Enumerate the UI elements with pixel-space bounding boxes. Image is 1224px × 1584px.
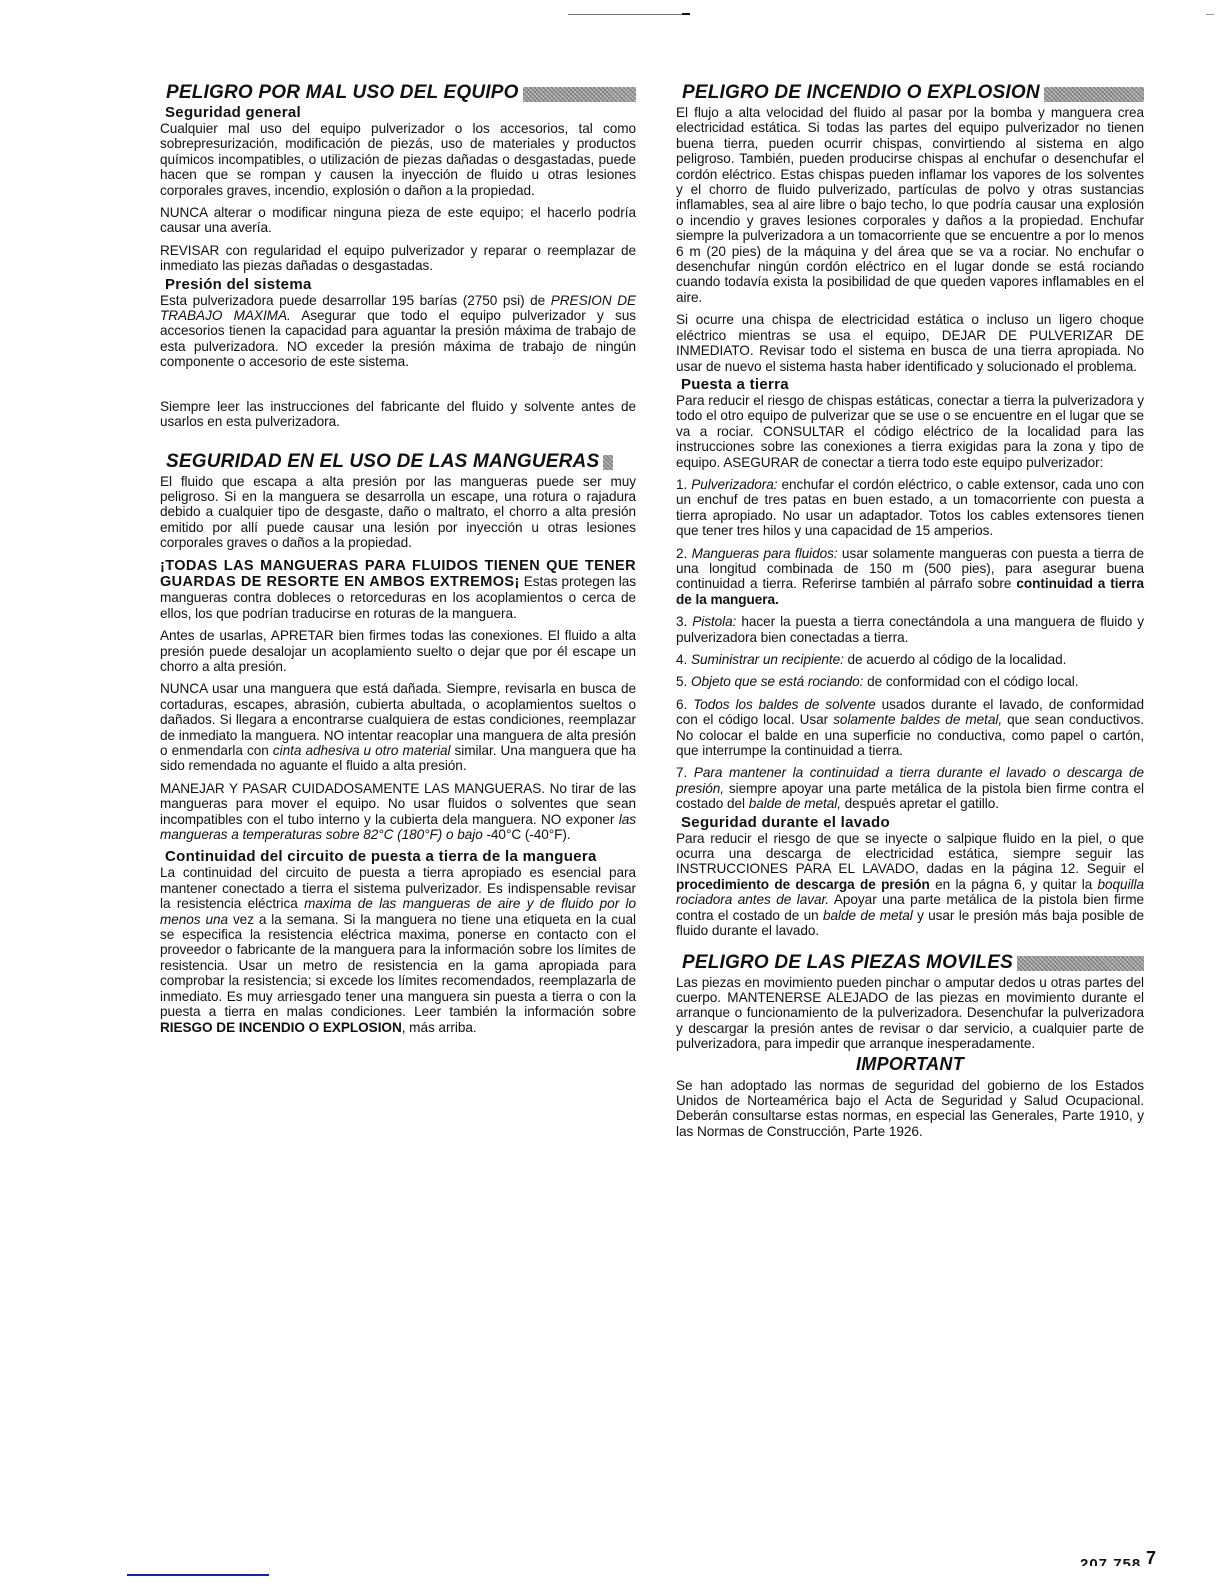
document-code: 207 758	[1080, 1556, 1141, 1566]
paragraph: REVISAR con regularidad el equipo pulver…	[160, 243, 636, 274]
scan-blue-line	[127, 1574, 269, 1576]
paragraph: MANEJAR Y PASAR CUIDADOSAMENTE LAS MANGU…	[160, 781, 636, 843]
paragraph: Antes de usarlas, APRETAR bien firmes to…	[160, 628, 636, 674]
text-run-italic: Suministrar un recipiente:	[691, 652, 844, 667]
text-run: -40°C (-40°F).	[483, 827, 571, 842]
section-heading-text: SEGURIDAD EN EL USO DE LAS MANGUERAS	[166, 451, 599, 473]
text-run: Para reducir el riesgo de que se inyecte…	[676, 831, 1144, 877]
text-run-italic: balde de metal	[823, 908, 913, 923]
heading-hatch-bar	[603, 455, 613, 470]
list-item: 1. Pulverizadora: enchufar el cordón elé…	[676, 477, 1144, 539]
paragraph: La continuidad del circuito de puesta a …	[160, 865, 636, 1034]
paragraph: Se han adoptado las normas de seguridad …	[676, 1078, 1144, 1140]
important-heading: IMPORTANT	[676, 1054, 1144, 1074]
scan-corner-mark	[1206, 14, 1214, 15]
paragraph: ¡TODAS LAS MANGUERAS PARA FLUIDOS TIENEN…	[160, 558, 636, 622]
section-heading-text: PELIGRO DE INCENDIO O EXPLOSION	[682, 82, 1040, 104]
section-heading-fire-explosion: PELIGRO DE INCENDIO O EXPLOSION	[682, 82, 1144, 104]
list-number: 3.	[676, 614, 692, 629]
text-run-italic: solamente baldes de metal,	[833, 712, 1002, 727]
paragraph: El flujo a alta velocidad del fluido al …	[676, 105, 1144, 305]
paragraph: Para reducir el riesgo de chispas estáti…	[676, 393, 1144, 470]
text-run: en la págna 6, y quitar la	[930, 877, 1098, 892]
subheading-hose-ground-continuity: Continuidad del circuito de puesta a tie…	[165, 849, 636, 865]
text-run-italic: Pistola:	[692, 614, 736, 629]
list-number: 4.	[676, 652, 691, 667]
text-run-italic: balde de metal,	[749, 796, 841, 811]
scan-top-rule	[568, 14, 690, 15]
text-run-bold: procedimiento de descarga de presión	[676, 877, 930, 892]
list-item: 3. Pistola: hacer la puesta a tierra con…	[676, 614, 1144, 645]
text-run-italic: Objeto que se está rociando:	[691, 674, 863, 689]
text-run-italic: cinta adhesiva u otro material	[273, 743, 451, 758]
text-run: después apretar el gatillo.	[841, 796, 999, 811]
heading-hatch-bar	[1044, 87, 1144, 102]
text-run: MANEJAR Y PASAR CUIDADOSAMENTE LAS MANGU…	[160, 781, 636, 827]
subheading-flushing-safety: Seguridad durante el lavado	[681, 815, 1144, 831]
right-column: PELIGRO DE INCENDIO O EXPLOSION El flujo…	[676, 82, 1144, 1146]
text-run: .	[775, 592, 779, 607]
list-number: 6.	[676, 697, 693, 712]
section-heading-misuse: PELIGRO POR MAL USO DEL EQUIPO	[166, 82, 636, 104]
heading-hatch-bar	[1017, 956, 1144, 971]
paragraph: Para reducir el riesgo de que se inyecte…	[676, 831, 1144, 939]
paragraph: Cualquier mal uso del equipo pulverizado…	[160, 121, 636, 198]
paragraph: El fluido que escapa a alta presión por …	[160, 474, 636, 551]
section-heading-text: PELIGRO DE LAS PIEZAS MOVILES	[682, 952, 1013, 974]
list-number: 2.	[676, 546, 692, 561]
list-item: 7. Para mantener la continuidad a tierra…	[676, 765, 1144, 811]
text-run: vez a la semana. Si la manguera no tiene…	[160, 912, 636, 1019]
text-run: Esta pulverizadora puede desarrollar 195…	[160, 293, 551, 308]
section-heading-text: PELIGRO POR MAL USO DEL EQUIPO	[166, 82, 519, 104]
text-run: , más arriba.	[402, 1020, 477, 1035]
list-number: 1.	[676, 477, 691, 492]
page-number: 7	[1146, 1548, 1156, 1569]
text-run-bold: RIESGO DE INCENDIO O EXPLOSION	[160, 1020, 402, 1035]
text-run: de conformidad con el código local.	[863, 674, 1078, 689]
list-number: 7.	[676, 765, 694, 780]
heading-hatch-bar	[523, 87, 636, 102]
list-item: 6. Todos los baldes de solvente usados d…	[676, 697, 1144, 759]
subheading-system-pressure: Presión del sistema	[165, 277, 636, 293]
text-run-italic: Todos los baldes de solvente	[693, 697, 875, 712]
section-heading-hoses: SEGURIDAD EN EL USO DE LAS MANGUERAS	[166, 451, 636, 473]
list-number: 5.	[676, 674, 691, 689]
paragraph: NUNCA alterar o modificar ninguna pieza …	[160, 205, 636, 236]
section-heading-moving-parts: PELIGRO DE LAS PIEZAS MOVILES	[682, 952, 1144, 974]
paragraph: Si ocurre una chispa de electricidad est…	[676, 312, 1144, 374]
subheading-general-safety: Seguridad general	[165, 105, 636, 121]
paragraph: Esta pulverizadora puede desarrollar 195…	[160, 293, 636, 370]
subheading-grounding: Puesta a tierra	[681, 377, 1144, 393]
paragraph: Siempre leer las instrucciones del fabri…	[160, 399, 636, 430]
paragraph: Las piezas en movimiento pueden pinchar …	[676, 975, 1144, 1052]
list-item: 4. Suministrar un recipiente: de acuerdo…	[676, 652, 1144, 667]
text-run-italic: Pulverizadora:	[691, 477, 777, 492]
text-run: hacer la puesta a tierra conectándola a …	[676, 614, 1144, 644]
text-run: de acuerdo al código de la localidad.	[844, 652, 1067, 667]
list-item: 2. Mangueras para fluidos: usar solament…	[676, 546, 1144, 608]
text-run-italic: Mangueras para fluidos:	[692, 546, 838, 561]
left-column: PELIGRO POR MAL USO DEL EQUIPO Seguridad…	[160, 82, 636, 1042]
paragraph: NUNCA usar una manguera que está dañada.…	[160, 681, 636, 773]
list-item: 5. Objeto que se está rociando: de confo…	[676, 674, 1144, 689]
